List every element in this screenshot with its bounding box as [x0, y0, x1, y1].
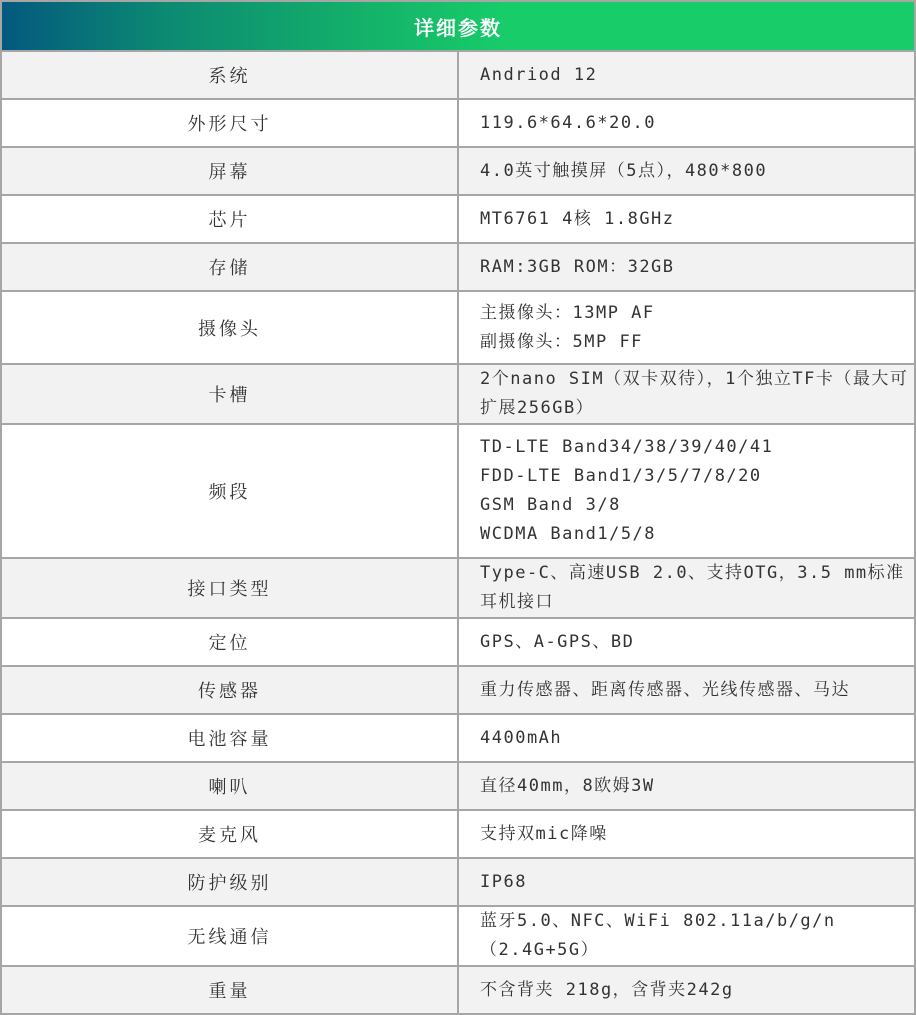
row-value-chip: MT6761 4核 1.8GHz: [458, 195, 915, 243]
table-row: 芯片 MT6761 4核 1.8GHz: [1, 195, 915, 243]
row-value-card-slot: 2个nano SIM（双卡双待），1个独立TF卡（最大可扩展256GB）: [458, 364, 915, 424]
value-line: GPS、A-GPS、BD: [480, 628, 914, 657]
row-label-dimensions: 外形尺寸: [1, 99, 458, 147]
row-value-camera: 主摄像头：13MP AF 副摄像头：5MP FF: [458, 291, 915, 364]
table-row: 定位 GPS、A-GPS、BD: [1, 618, 915, 666]
table-row: 外形尺寸 119.6*64.6*20.0: [1, 99, 915, 147]
table-header-row: 详细参数: [1, 1, 915, 51]
value-line: MT6761 4核 1.8GHz: [480, 205, 914, 234]
row-label-card-slot: 卡槽: [1, 364, 458, 424]
table-row: 电池容量 4400mAh: [1, 714, 915, 762]
row-label-storage: 存储: [1, 243, 458, 291]
row-value-speaker: 直径40mm，8欧姆3W: [458, 762, 915, 810]
value-line: IP68: [480, 868, 914, 897]
table-row: 屏幕 4.0英寸触摸屏（5点），480*800: [1, 147, 915, 195]
value-line: 副摄像头：5MP FF: [480, 328, 914, 357]
value-line: GSM Band 3/8: [480, 491, 914, 520]
row-value-system: Andriod 12: [458, 51, 915, 99]
row-value-bands: TD-LTE Band34/38/39/40/41 FDD-LTE Band1/…: [458, 424, 915, 558]
row-label-positioning: 定位: [1, 618, 458, 666]
table-row: 系统 Andriod 12: [1, 51, 915, 99]
row-label-battery: 电池容量: [1, 714, 458, 762]
row-value-protection: IP68: [458, 858, 915, 906]
row-label-bands: 频段: [1, 424, 458, 558]
table-row: 重量 不含背夹 218g，含背夹242g: [1, 966, 915, 981]
row-value-wireless: 蓝牙5.0、NFC、WiFi 802.11a/b/g/n（2.4G+5G）: [458, 906, 915, 966]
table-row: 存储 RAM:3GB ROM：32GB: [1, 243, 915, 291]
table-row: 接口类型 Type-C、高速USB 2.0、支持OTG，3.5 mm标准耳机接口: [1, 558, 915, 618]
row-value-interface: Type-C、高速USB 2.0、支持OTG，3.5 mm标准耳机接口: [458, 558, 915, 618]
row-label-system: 系统: [1, 51, 458, 99]
row-value-storage: RAM:3GB ROM：32GB: [458, 243, 915, 291]
row-label-screen: 屏幕: [1, 147, 458, 195]
value-line: 主摄像头：13MP AF: [480, 299, 914, 328]
row-label-chip: 芯片: [1, 195, 458, 243]
table-row: 防护级别 IP68: [1, 858, 915, 906]
row-label-speaker: 喇叭: [1, 762, 458, 810]
value-line: Andriod 12: [480, 61, 914, 90]
row-label-sensors: 传感器: [1, 666, 458, 714]
row-value-sensors: 重力传感器、距离传感器、光线传感器、马达: [458, 666, 915, 714]
row-label-wireless: 无线通信: [1, 906, 458, 966]
value-line: TD-LTE Band34/38/39/40/41: [480, 433, 914, 462]
value-line: 2个nano SIM（双卡双待），1个独立TF卡（最大可扩展256GB）: [480, 365, 914, 423]
row-label-microphone: 麦克风: [1, 810, 458, 858]
table-row: 喇叭 直径40mm，8欧姆3W: [1, 762, 915, 810]
table-row: 卡槽 2个nano SIM（双卡双待），1个独立TF卡（最大可扩展256GB）: [1, 364, 915, 424]
table-row: 频段 TD-LTE Band34/38/39/40/41 FDD-LTE Ban…: [1, 424, 915, 558]
row-value-battery: 4400mAh: [458, 714, 915, 762]
value-line: WCDMA Band1/5/8: [480, 520, 914, 549]
value-line: FDD-LTE Band1/3/5/7/8/20: [480, 462, 914, 491]
row-label-protection: 防护级别: [1, 858, 458, 906]
spec-table: 详细参数 系统 Andriod 12 外形尺寸 119.6*64.6*20.0 …: [0, 0, 916, 981]
value-line: 4.0英寸触摸屏（5点），480*800: [480, 157, 914, 186]
table-row: 无线通信 蓝牙5.0、NFC、WiFi 802.11a/b/g/n（2.4G+5…: [1, 906, 915, 966]
row-label-camera: 摄像头: [1, 291, 458, 364]
row-label-weight: 重量: [1, 966, 458, 981]
table-row: 摄像头 主摄像头：13MP AF 副摄像头：5MP FF: [1, 291, 915, 364]
row-value-positioning: GPS、A-GPS、BD: [458, 618, 915, 666]
value-line: 4400mAh: [480, 724, 914, 753]
value-line: 不含背夹 218g，含背夹242g: [480, 976, 914, 982]
table-row: 麦克风 支持双mic降噪: [1, 810, 915, 858]
value-line: 重力传感器、距离传感器、光线传感器、马达: [480, 676, 914, 705]
table-title: 详细参数: [1, 1, 915, 51]
value-line: Type-C、高速USB 2.0、支持OTG，3.5 mm标准耳机接口: [480, 559, 914, 617]
value-line: 蓝牙5.0、NFC、WiFi 802.11a/b/g/n（2.4G+5G）: [480, 907, 914, 965]
value-line: 直径40mm，8欧姆3W: [480, 772, 914, 801]
table-row: 传感器 重力传感器、距离传感器、光线传感器、马达: [1, 666, 915, 714]
value-line: 支持双mic降噪: [480, 820, 914, 849]
value-line: 119.6*64.6*20.0: [480, 109, 914, 138]
value-line: RAM:3GB ROM：32GB: [480, 253, 914, 282]
row-value-dimensions: 119.6*64.6*20.0: [458, 99, 915, 147]
row-label-interface: 接口类型: [1, 558, 458, 618]
row-value-screen: 4.0英寸触摸屏（5点），480*800: [458, 147, 915, 195]
row-value-microphone: 支持双mic降噪: [458, 810, 915, 858]
row-value-weight: 不含背夹 218g，含背夹242g: [458, 966, 915, 981]
